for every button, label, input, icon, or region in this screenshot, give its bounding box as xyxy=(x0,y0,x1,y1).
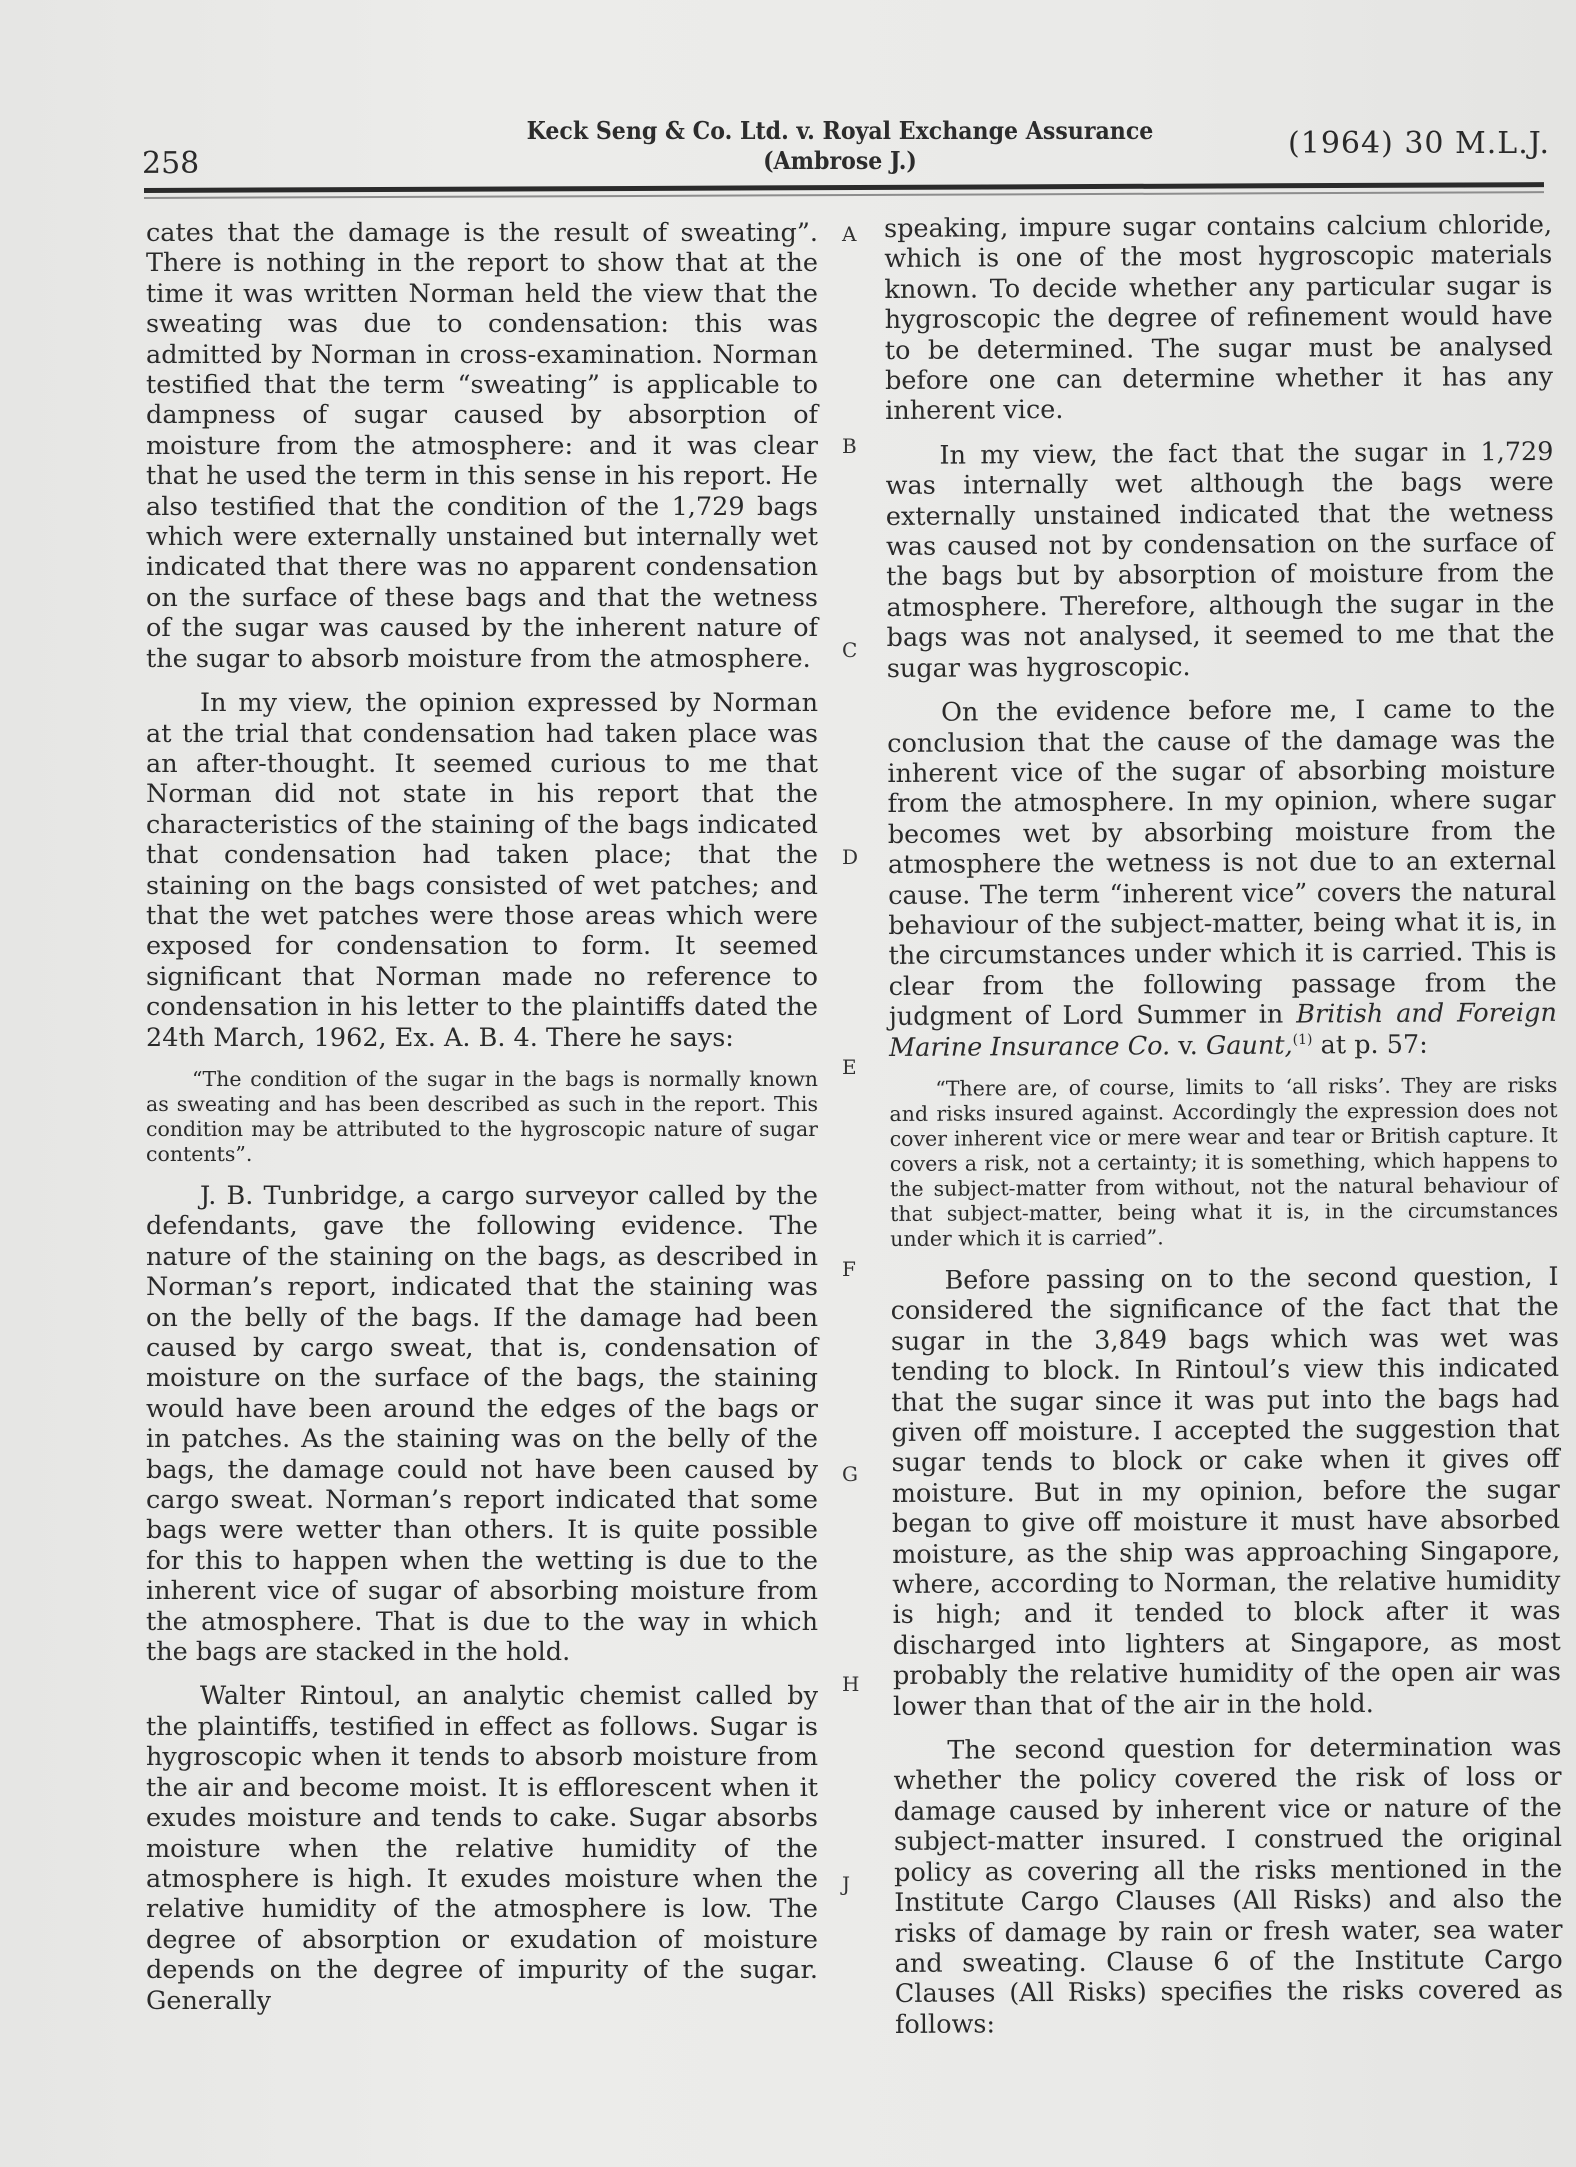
margin-letter-d: D xyxy=(842,845,858,869)
margin-letter-a: A xyxy=(842,222,856,246)
paragraph: In my view, the fact that the sugar in 1… xyxy=(885,437,1554,684)
block-quote: “There are, of course, limits to ‘all ri… xyxy=(889,1073,1558,1252)
case-party: Gaunt, xyxy=(1206,1030,1293,1061)
paragraph: Walter Rintoul, an analytic chemist call… xyxy=(146,1681,818,2015)
margin-letter-b: B xyxy=(842,434,857,458)
left-column: cates that the damage is the result of s… xyxy=(146,218,818,2016)
margin-letter-c: C xyxy=(842,638,857,662)
footnote-reference: (1) xyxy=(1293,1031,1313,1047)
document-page: 258 Keck Seng & Co. Ltd. v. Royal Exchan… xyxy=(0,0,1576,2167)
margin-letter-g: G xyxy=(842,1462,858,1486)
margin-letter-f: F xyxy=(842,1257,856,1281)
paragraph-text: at p. 57: xyxy=(1312,1029,1427,1060)
margin-letter-e: E xyxy=(842,1055,857,1079)
right-column: speaking, impure sugar contains calcium … xyxy=(884,214,1552,2040)
running-title: Keck Seng & Co. Ltd. v. Royal Exchange A… xyxy=(509,116,1171,176)
block-quote: “The condition of the sugar in the bags … xyxy=(146,1067,818,1167)
paragraph: J. B. Tunbridge, a cargo surveyor called… xyxy=(146,1181,818,1668)
case-versus: v. xyxy=(1170,1031,1206,1061)
header-rule-thin xyxy=(144,191,1544,199)
paragraph-continuation: cates that the damage is the result of s… xyxy=(146,218,818,674)
paragraph: The second question for determination wa… xyxy=(893,1732,1563,2040)
paragraph-with-case-citation: On the evidence before me, I came to the… xyxy=(887,694,1557,1063)
paragraph: In my view, the opinion expressed by Nor… xyxy=(146,688,818,1053)
judge-name: (Ambrose J.) xyxy=(509,146,1171,176)
page-header: 258 Keck Seng & Co. Ltd. v. Royal Exchan… xyxy=(0,0,1576,200)
margin-letter-h: H xyxy=(842,1672,859,1696)
case-title: Keck Seng & Co. Ltd. v. Royal Exchange A… xyxy=(509,116,1171,146)
paragraph-text: On the evidence before me, I came to the… xyxy=(887,694,1557,1032)
paragraph: Before passing on to the second question… xyxy=(890,1262,1561,1722)
paragraph-continuation: speaking, impure sugar contains calcium … xyxy=(884,210,1553,427)
margin-letter-j: J xyxy=(842,1872,850,1896)
page-number: 258 xyxy=(142,146,199,181)
report-citation: (1964) 30 M.L.J. xyxy=(1288,126,1550,161)
